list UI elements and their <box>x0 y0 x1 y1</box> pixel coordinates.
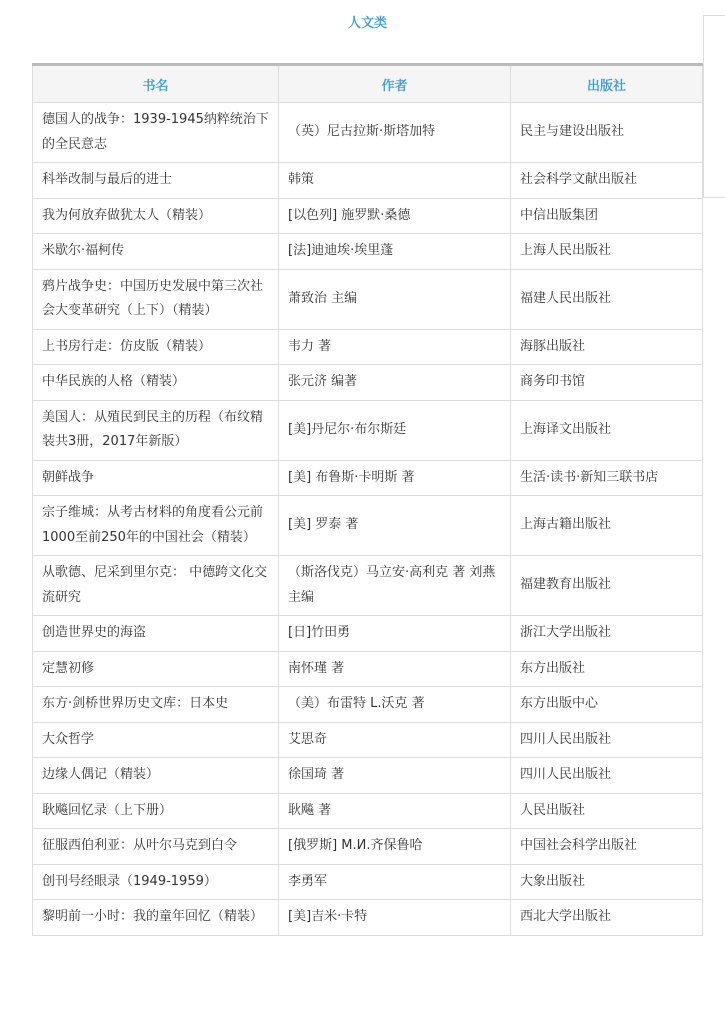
author-cell: （美）布雷特 L.沃克 著 <box>279 687 511 723</box>
publisher-cell: 生活·读书·新知三联书店 <box>511 460 703 496</box>
publisher-cell: 浙江大学出版社 <box>511 616 703 652</box>
table-row: 大众哲学艾思奇四川人民出版社 <box>33 722 703 758</box>
publisher-cell: 上海古籍出版社 <box>511 496 703 556</box>
publisher-cell: 西北大学出版社 <box>511 900 703 936</box>
publisher-cell: 福建教育出版社 <box>511 556 703 616</box>
book-title-cell: 科举改制与最后的进士 <box>33 163 279 199</box>
book-title-cell: 宗子维城：从考古材料的角度看公元前1000至前250年的中国社会（精装） <box>33 496 279 556</box>
publisher-cell: 福建人民出版社 <box>511 269 703 329</box>
publisher-cell: 中信出版集团 <box>511 198 703 234</box>
table-row: 征服西伯利亚：从叶尔马克到白令[俄罗斯] M.И.齐保鲁哈中国社会科学出版社 <box>33 829 703 865</box>
publisher-cell: 大象出版社 <box>511 864 703 900</box>
table-row: 上书房行走：仿皮版（精装）韦力 著海豚出版社 <box>33 329 703 365</box>
author-cell: 李勇军 <box>279 864 511 900</box>
book-title-cell: 我为何放弃做犹太人（精装） <box>33 198 279 234</box>
table-row: 中华民族的人格（精装）张元济 编著商务印书馆 <box>33 365 703 401</box>
author-cell: [法]迪迪埃·埃里蓬 <box>279 234 511 270</box>
side-panel <box>703 15 725 198</box>
table-row: 黎明前一小时：我的童年回忆（精装）[美]吉米·卡特西北大学出版社 <box>33 900 703 936</box>
publisher-cell: 上海人民出版社 <box>511 234 703 270</box>
table-row: 鸦片战争史：中国历史发展中第三次社会大变革研究（上下）（精装）萧致治 主编福建人… <box>33 269 703 329</box>
table-row: 创刊号经眼录（1949-1959）李勇军大象出版社 <box>33 864 703 900</box>
book-title-cell: 德国人的战争：1939-1945纳粹统治下的全民意志 <box>33 103 279 163</box>
author-cell: [美] 布鲁斯·卡明斯 著 <box>279 460 511 496</box>
table-row: 耿飚回忆录（上下册）耿飚 著人民出版社 <box>33 793 703 829</box>
book-title-cell: 中华民族的人格（精装） <box>33 365 279 401</box>
author-cell: [日]竹田勇 <box>279 616 511 652</box>
publisher-cell: 海豚出版社 <box>511 329 703 365</box>
publisher-cell: 四川人民出版社 <box>511 758 703 794</box>
table-row: 科举改制与最后的进士韩策社会科学文献出版社 <box>33 163 703 199</box>
author-cell: 徐国琦 著 <box>279 758 511 794</box>
publisher-cell: 上海译文出版社 <box>511 400 703 460</box>
header-author: 作者 <box>279 65 511 103</box>
author-cell: [以色列] 施罗默·桑德 <box>279 198 511 234</box>
book-title-cell: 朝鲜战争 <box>33 460 279 496</box>
author-cell: 韦力 著 <box>279 329 511 365</box>
table-row: 德国人的战争：1939-1945纳粹统治下的全民意志（英）尼古拉斯·斯塔加特民主… <box>33 103 703 163</box>
table-row: 米歇尔·福柯传[法]迪迪埃·埃里蓬上海人民出版社 <box>33 234 703 270</box>
publisher-cell: 社会科学文献出版社 <box>511 163 703 199</box>
book-title-cell: 美国人：从殖民到民主的历程（布纹精装共3册，2017年新版） <box>33 400 279 460</box>
publisher-cell: 中国社会科学出版社 <box>511 829 703 865</box>
book-title-cell: 定慧初修 <box>33 651 279 687</box>
table-row: 从歌德、尼采到里尔克： 中德跨文化交流研究（斯洛伐克）马立安·高利克 著 刘燕 … <box>33 556 703 616</box>
author-cell: [俄罗斯] M.И.齐保鲁哈 <box>279 829 511 865</box>
book-title-cell: 米歇尔·福柯传 <box>33 234 279 270</box>
book-title-cell: 东方·剑桥世界历史文库：日本史 <box>33 687 279 723</box>
table-row: 我为何放弃做犹太人（精装）[以色列] 施罗默·桑德中信出版集团 <box>33 198 703 234</box>
author-cell: （斯洛伐克）马立安·高利克 著 刘燕 主编 <box>279 556 511 616</box>
publisher-cell: 东方出版中心 <box>511 687 703 723</box>
header-title: 书名 <box>33 65 279 103</box>
book-title-cell: 创刊号经眼录（1949-1959） <box>33 864 279 900</box>
author-cell: 耿飚 著 <box>279 793 511 829</box>
header-publisher: 出版社 <box>511 65 703 103</box>
publisher-cell: 四川人民出版社 <box>511 722 703 758</box>
book-title-cell: 耿飚回忆录（上下册） <box>33 793 279 829</box>
section-title: 人文类 <box>0 14 725 34</box>
table-row: 边缘人偶记（精装）徐国琦 著四川人民出版社 <box>33 758 703 794</box>
author-cell: 张元济 编著 <box>279 365 511 401</box>
publisher-cell: 商务印书馆 <box>511 365 703 401</box>
table-row: 宗子维城：从考古材料的角度看公元前1000至前250年的中国社会（精装）[美] … <box>33 496 703 556</box>
publisher-cell: 人民出版社 <box>511 793 703 829</box>
author-cell: 艾思奇 <box>279 722 511 758</box>
table-row: 东方·剑桥世界历史文库：日本史（美）布雷特 L.沃克 著东方出版中心 <box>33 687 703 723</box>
book-title-cell: 征服西伯利亚：从叶尔马克到白令 <box>33 829 279 865</box>
table-row: 创造世界史的海盗[日]竹田勇浙江大学出版社 <box>33 616 703 652</box>
author-cell: 萧致治 主编 <box>279 269 511 329</box>
author-cell: 韩策 <box>279 163 511 199</box>
book-title-cell: 创造世界史的海盗 <box>33 616 279 652</box>
book-title-cell: 黎明前一小时：我的童年回忆（精装） <box>33 900 279 936</box>
book-title-cell: 上书房行走：仿皮版（精装） <box>33 329 279 365</box>
book-title-cell: 边缘人偶记（精装） <box>33 758 279 794</box>
table-row: 朝鲜战争[美] 布鲁斯·卡明斯 著生活·读书·新知三联书店 <box>33 460 703 496</box>
author-cell: （英）尼古拉斯·斯塔加特 <box>279 103 511 163</box>
book-title-cell: 大众哲学 <box>33 722 279 758</box>
table-header-row: 书名 作者 出版社 <box>33 65 703 103</box>
book-title-cell: 鸦片战争史：中国历史发展中第三次社会大变革研究（上下）（精装） <box>33 269 279 329</box>
book-title-cell: 从歌德、尼采到里尔克： 中德跨文化交流研究 <box>33 556 279 616</box>
publisher-cell: 东方出版社 <box>511 651 703 687</box>
author-cell: [美] 罗泰 著 <box>279 496 511 556</box>
author-cell: [美]丹尼尔·布尔斯廷 <box>279 400 511 460</box>
author-cell: [美]吉米·卡特 <box>279 900 511 936</box>
table-row: 美国人：从殖民到民主的历程（布纹精装共3册，2017年新版）[美]丹尼尔·布尔斯… <box>33 400 703 460</box>
author-cell: 南怀瑾 著 <box>279 651 511 687</box>
table-row: 定慧初修南怀瑾 著东方出版社 <box>33 651 703 687</box>
publisher-cell: 民主与建设出版社 <box>511 103 703 163</box>
books-table: 书名 作者 出版社 德国人的战争：1939-1945纳粹统治下的全民意志（英）尼… <box>32 63 703 936</box>
